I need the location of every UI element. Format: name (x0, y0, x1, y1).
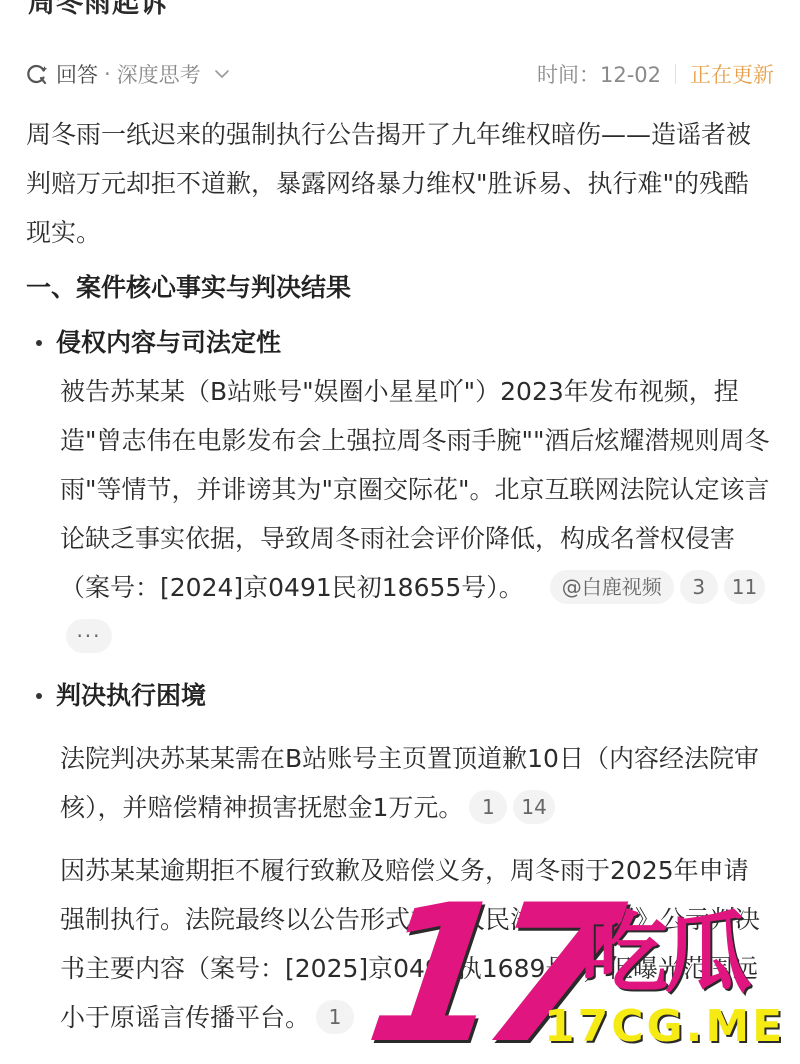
answer-mode-toggle[interactable]: 回答·深度思考 (26, 59, 231, 89)
section-heading: 一、案件核心事实与判决结果 (26, 263, 770, 312)
citation-chip[interactable]: 1 (316, 1000, 354, 1034)
timestamp: 时间：12-02 (537, 59, 661, 89)
chevron-down-icon[interactable] (213, 65, 231, 83)
deep-think-label: 深度思考 (117, 59, 201, 89)
paragraph: 因苏某某逾期拒不履行致歉及赔偿义务，周冬雨于2025年申请强制执行。法院最终以公… (60, 846, 770, 1042)
citation-chip[interactable]: 1 (469, 790, 507, 824)
bullet-heading-text: 判决执行困境 (56, 671, 206, 720)
bullet-heading-text: 侵权内容与司法定性 (56, 318, 281, 367)
answer-separator: · (104, 62, 111, 86)
paragraph: 被告苏某某（B站账号"娱圈小星星吖"）2023年发布视频，捏造"曾志伟在电影发布… (60, 367, 770, 661)
answer-meta-row: 回答·深度思考 时间：12-02 正在更新 (26, 56, 774, 92)
search-spark-icon (26, 62, 50, 86)
citation-chip[interactable]: 11 (724, 570, 765, 604)
paragraph-text: 因苏某某逾期拒不履行致歉及赔偿义务，周冬雨于2025年申请强制执行。法院最终以公… (60, 856, 760, 1032)
page-title: 周冬雨起诉 (28, 0, 168, 22)
bullet-body: 法院判决苏某某需在B站账号主页置顶道歉10日（内容经法院审核），并赔偿精神损害抚… (26, 734, 770, 1042)
bullet-heading-enforcement: 判决执行困境 (26, 671, 770, 720)
more-citations-button[interactable]: ··· (66, 619, 112, 653)
citation-chip[interactable]: 3 (680, 570, 718, 604)
divider (675, 64, 676, 84)
answer-content: 周冬雨一纸迟来的强制执行公告揭开了九年维权暗伤——造谣者被判赔万元却拒不道歉，暴… (26, 110, 770, 1042)
bullet-heading-infringement: 侵权内容与司法定性 (26, 318, 770, 367)
paragraph-text: 法院判决苏某某需在B站账号主页置顶道歉10日（内容经法院审核），并赔偿精神损害抚… (60, 744, 759, 822)
intro-paragraph: 周冬雨一纸迟来的强制执行公告揭开了九年维权暗伤——造谣者被判赔万元却拒不道歉，暴… (26, 110, 770, 257)
paragraph: 法院判决苏某某需在B站账号主页置顶道歉10日（内容经法院审核），并赔偿精神损害抚… (60, 734, 770, 832)
status-updating: 正在更新 (690, 59, 774, 89)
answer-label: 回答 (56, 59, 98, 89)
meta-right: 时间：12-02 正在更新 (537, 59, 774, 89)
source-chip[interactable]: @白鹿视频 (550, 570, 674, 604)
bullet-dot-icon (36, 340, 42, 346)
bullet-dot-icon (36, 693, 42, 699)
paragraph-text: 被告苏某某（B站账号"娱圈小星星吖"）2023年发布视频，捏造"曾志伟在电影发布… (60, 377, 770, 602)
bullet-body: 被告苏某某（B站账号"娱圈小星星吖"）2023年发布视频，捏造"曾志伟在电影发布… (26, 367, 770, 661)
citation-chip[interactable]: 14 (513, 790, 554, 824)
